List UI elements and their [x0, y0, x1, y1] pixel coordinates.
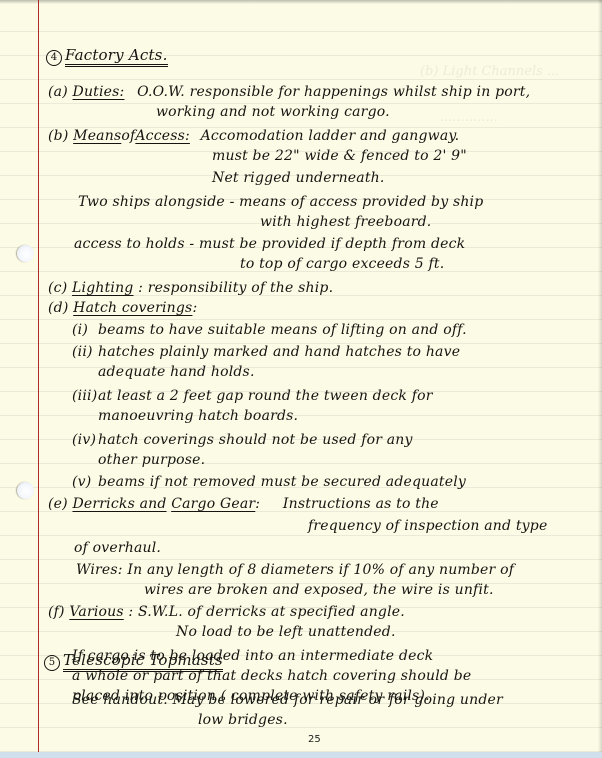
subitem-ii: (ii)hatches plainly marked and hand hatc…	[72, 344, 460, 360]
item-heading: Derricks and	[72, 496, 166, 512]
item-text: with highest freeboard.	[260, 214, 431, 230]
item-heading: of	[121, 128, 135, 144]
punch-hole-icon	[17, 245, 34, 262]
subitem-number: (v)	[72, 474, 98, 490]
item-heading: Hatch coverings	[73, 300, 192, 316]
item-heading: Cargo Gear	[171, 496, 255, 512]
item-text: In any length of 8 diameters if 10% of a…	[127, 562, 514, 578]
item-f-line: (f) Various : S.W.L. of derricks at spec…	[48, 604, 405, 620]
item-label: (f)	[48, 604, 65, 620]
item-d-line: (d) Hatch coverings:	[48, 300, 197, 316]
item-label: (a)	[48, 84, 68, 100]
section-5-heading: 5Telescopic Topmasts	[44, 651, 223, 671]
item-e-line: (e) Derricks and Cargo Gear: Instruction…	[48, 496, 439, 512]
page-edge-shadow	[0, 0, 602, 4]
item-heading: Lighting	[72, 280, 133, 296]
subitem-iii: (iii)at least a 2 feet gap round the twe…	[72, 388, 433, 404]
section-title-word: Telescopic	[63, 651, 144, 669]
item-text: working and not working cargo.	[156, 104, 390, 120]
section-number-circle: 5	[44, 655, 60, 671]
bleed-through-text: (b) Light Channels ...	[420, 64, 559, 79]
item-c-line: (c) Lighting : responsibility of the shi…	[48, 280, 333, 296]
wires-line: Wires: In any length of 8 diameters if 1…	[76, 562, 514, 578]
item-text: No load to be left unattended.	[176, 624, 396, 640]
subitem-number: (i)	[72, 322, 98, 338]
item-text: Two ships alongside - means of access pr…	[78, 194, 483, 210]
item-heading: Means	[73, 128, 121, 144]
section-5-text: See handout. May be lowered for repair o…	[72, 692, 503, 708]
subitem-text: manoeuvring hatch boards.	[98, 408, 298, 424]
subitem-number: (iv)	[72, 432, 98, 448]
subitem-text: beams to have suitable means of lifting …	[98, 322, 467, 338]
item-label: (b)	[48, 128, 69, 144]
punch-hole-icon	[17, 482, 34, 499]
wires-label: Wires:	[76, 562, 123, 578]
item-label: (c)	[48, 280, 67, 296]
subitem-v: (v)beams if not removed must be secured …	[72, 474, 466, 490]
subitem-iv: (iv)hatch coverings should not be used f…	[72, 432, 413, 448]
item-text: must be 22" wide & fenced to 2' 9"	[212, 148, 467, 164]
item-label: (e)	[48, 496, 68, 512]
section-4-heading: 4Factory Acts.	[46, 46, 168, 66]
subitem-text: beams if not removed must be secured ade…	[98, 474, 466, 490]
section-title-word: Factory	[65, 46, 124, 64]
item-text: Net rigged underneath.	[212, 170, 385, 186]
section-5-text: low bridges.	[198, 712, 288, 728]
page-right-edge	[598, 0, 602, 752]
item-text: O.O.W. responsible for happenings whilst…	[137, 84, 530, 100]
subitem-i: (i)beams to have suitable means of lifti…	[72, 322, 467, 338]
notebook-page: (b) Light Channels ... .............. 4F…	[0, 0, 602, 752]
item-heading: :	[192, 300, 197, 316]
red-margin-line	[38, 0, 39, 752]
item-heading: Access:	[135, 128, 190, 144]
subitem-text: hatch coverings should not be used for a…	[98, 432, 413, 448]
subitem-number: (ii)	[72, 344, 98, 360]
section-title-word: Acts.	[129, 46, 168, 64]
item-label: (d)	[48, 300, 69, 316]
item-text: : responsibility of the ship.	[138, 280, 333, 296]
item-heading: Duties:	[73, 84, 125, 100]
item-text: of overhaul.	[74, 540, 161, 556]
item-text: access to holds - must be provided if de…	[74, 236, 465, 252]
subitem-text: other purpose.	[98, 452, 205, 468]
item-heading: :	[255, 496, 260, 512]
section-number-circle: 4	[46, 50, 62, 66]
bleed-through-text: ..............	[440, 110, 498, 125]
item-b-line: (b) MeansofAccess: Accomodation ladder a…	[48, 128, 459, 144]
item-text: frequency of inspection and type	[308, 518, 547, 534]
item-text: Instructions as to the	[283, 496, 439, 512]
item-text: Accomodation ladder and gangway.	[201, 128, 460, 144]
subitem-text: hatches plainly marked and hand hatches …	[98, 344, 460, 360]
subitem-number: (iii)	[72, 388, 98, 404]
subitem-text: at least a 2 feet gap round the tween de…	[98, 388, 433, 404]
section-title-word: Topmasts	[149, 651, 223, 669]
item-text: wires are broken and exposed, the wire i…	[144, 582, 494, 598]
item-text: : S.W.L. of derricks at specified angle.	[128, 604, 405, 620]
page-number: 25	[308, 734, 321, 745]
subitem-text: adequate hand holds.	[98, 364, 255, 380]
item-a-line: (a) Duties: O.O.W. responsible for happe…	[48, 84, 530, 100]
item-text: to top of cargo exceeds 5 ft.	[240, 256, 444, 272]
item-heading: Various	[69, 604, 123, 620]
